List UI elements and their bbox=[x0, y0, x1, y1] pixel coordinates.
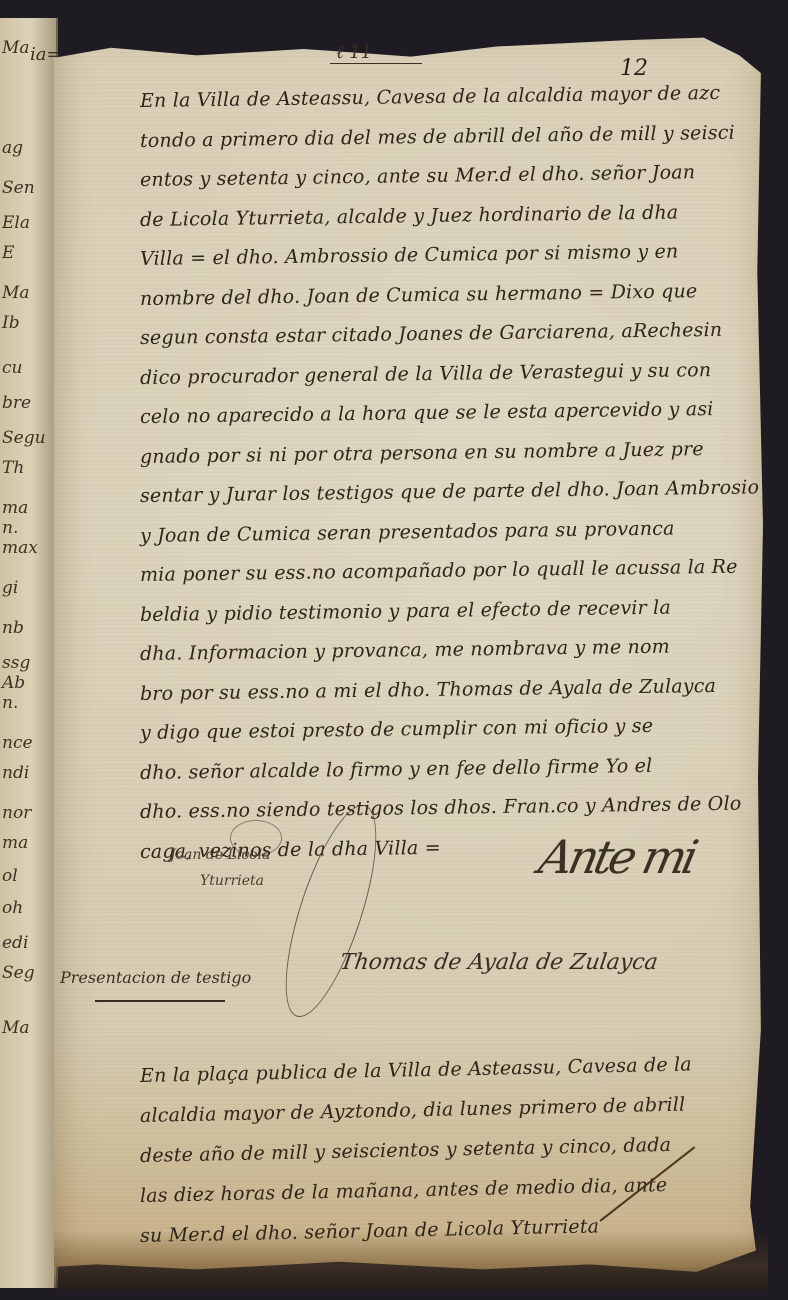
facing-page-fragment: cu bbox=[2, 358, 22, 378]
signature-line: Joan de Licola bbox=[170, 842, 270, 868]
facing-page-fragment: n. bbox=[2, 518, 18, 538]
facing-page-fragment: oh bbox=[2, 898, 23, 918]
margin-note-underline bbox=[95, 1000, 225, 1002]
facing-page-fragment: Ab bbox=[2, 673, 25, 693]
facing-page-fragment: max bbox=[2, 538, 38, 558]
facing-page-fragment: ma bbox=[2, 833, 28, 853]
facing-page-fragment: Ib bbox=[2, 313, 20, 333]
facing-page-fragment: Ma bbox=[2, 38, 30, 58]
facing-page-fragment: Ela bbox=[2, 213, 30, 233]
facing-page-fragment: Seg bbox=[2, 963, 35, 983]
facing-page-fragment: Sen bbox=[2, 178, 35, 198]
facing-page-fragment: nor bbox=[2, 803, 31, 823]
margin-note: Presentacion de testigo bbox=[60, 968, 251, 987]
facing-page-fragment: Segu bbox=[2, 428, 46, 448]
facing-page-fragment: ol bbox=[2, 866, 18, 886]
facing-page-fragment: ma bbox=[2, 498, 28, 518]
second-text-block: En la plaça publica de la Villa de Astea… bbox=[140, 1056, 770, 1256]
facing-page-margin: Ma ag Sen Ela E Ma Ib cu bre Segu Th ma … bbox=[0, 18, 58, 1288]
facing-page-fragment: n. bbox=[2, 693, 18, 713]
facing-page-fragment: Ma bbox=[2, 1018, 30, 1038]
facing-page-fragment: ssg bbox=[2, 653, 30, 673]
facing-page-fragment: edi bbox=[2, 933, 28, 953]
signature-alcalde: Joan de Licola Yturrieta bbox=[170, 842, 270, 894]
header-mark: ℓ 11 bbox=[330, 42, 422, 64]
top-margin-fragment: ia= bbox=[30, 44, 62, 65]
facing-page-fragment: bre bbox=[2, 393, 31, 413]
facing-page-fragment: ag bbox=[2, 138, 23, 158]
signature-escribano: Thomas de Ayala de Zulayca bbox=[338, 950, 659, 975]
facing-page-fragment: ndi bbox=[2, 763, 29, 783]
signature-ante-mi: Ante mi bbox=[534, 830, 699, 884]
facing-page-fragment: Th bbox=[2, 458, 24, 478]
facing-page-fragment: nce bbox=[2, 733, 33, 753]
main-text-block: En la Villa de Asteassu, Cavesa de la al… bbox=[140, 82, 770, 872]
signature-line: Yturrieta bbox=[170, 868, 270, 894]
facing-page-fragment: E bbox=[2, 243, 14, 263]
facing-page-fragment: gi bbox=[2, 578, 18, 598]
facing-page-fragment: Ma bbox=[2, 283, 30, 303]
facing-page-fragment: nb bbox=[2, 618, 24, 638]
